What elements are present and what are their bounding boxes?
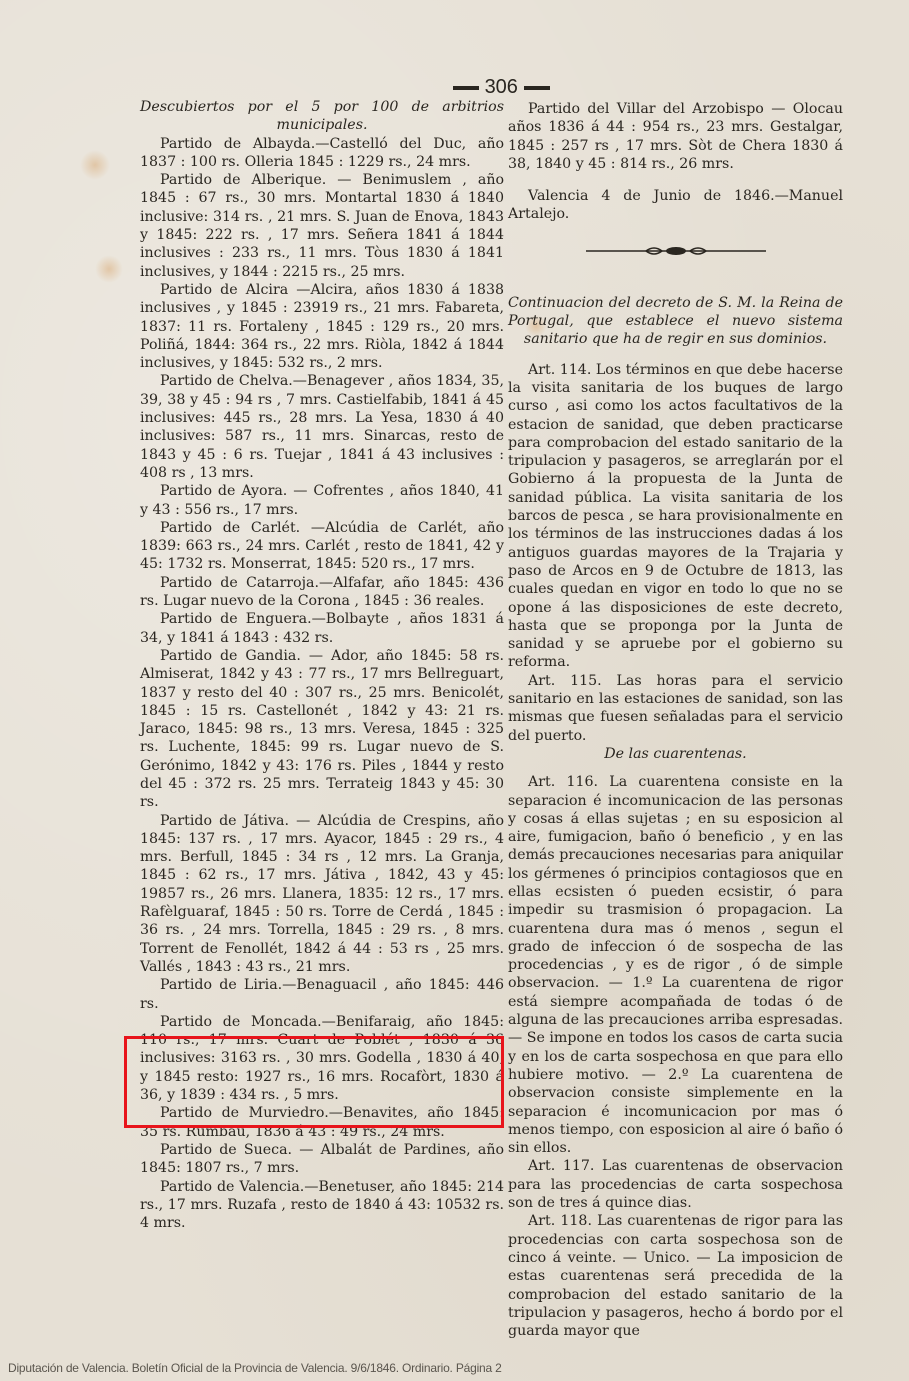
- paragraph-alcira: Partido de Alcira —Alcira, años 1830 á 1…: [140, 281, 504, 372]
- footer-caption: Diputación de Valencia. Boletín Oficial …: [8, 1361, 502, 1375]
- section-title: Descubiertos por el 5 por 100 de arbitri…: [140, 98, 504, 135]
- article-116: Art. 116. La cuarentena consiste en la s…: [508, 773, 843, 1157]
- paragraph-catarroja: Partido de Catarroja.—Alfafar, año 1845:…: [140, 574, 504, 611]
- paragraph-gandia: Partido de Gandia. — Ador, año 1845: 58 …: [140, 647, 504, 812]
- right-column: Partido del Villar del Arzobispo — Oloca…: [508, 100, 843, 1340]
- paragraph-sueca: Partido de Sueca. — Albalát de Pardines,…: [140, 1141, 504, 1178]
- paragraph-jativa: Partido de Játiva. — Alcúdia de Crespins…: [140, 812, 504, 977]
- rule-icon: [453, 86, 479, 90]
- paragraph-valencia: Partido de Valencia.—Benetuser, año 1845…: [140, 1178, 504, 1233]
- paper-stain: [95, 255, 123, 283]
- article-118: Art. 118. Las cuarentenas de rigor para …: [508, 1212, 843, 1340]
- article-115: Art. 115. Las horas para el servicio san…: [508, 672, 843, 745]
- paragraph-chelva: Partido de Chelva.—Benagever , años 1834…: [140, 372, 504, 482]
- highlight-box: [124, 1036, 504, 1128]
- paragraph-enguera: Partido de Enguera.—Bolbayte , años 1831…: [140, 610, 504, 647]
- paragraph-villar: Partido del Villar del Arzobispo — Oloca…: [508, 100, 843, 173]
- paragraph-albayda: Partido de Albayda.—Castelló del Duc, añ…: [140, 135, 504, 172]
- rule-icon: [524, 86, 550, 90]
- paragraph-alberique: Partido de Alberique. — Benimuslem , año…: [140, 171, 504, 281]
- article-117: Art. 117. Las cuarentenas de observacion…: [508, 1157, 843, 1212]
- paragraph-liria: Partido de Liria.—Benaguacil , año 1845:…: [140, 976, 504, 1013]
- paragraph-ayora: Partido de Ayora. — Cofrentes , años 184…: [140, 482, 504, 519]
- paragraph-carlet: Partido de Carlét. —Alcúdia de Carlét, a…: [140, 519, 504, 574]
- signature: Valencia 4 de Junio de 1846.—Manuel Arta…: [508, 187, 843, 224]
- article-114: Art. 114. Los términos en que debe hacer…: [508, 361, 843, 672]
- page-number: 306: [453, 76, 550, 99]
- paper-stain: [80, 150, 110, 180]
- decree-title: Continuacion del decreto de S. M. la Rei…: [508, 294, 843, 349]
- page-number-text: 306: [485, 76, 518, 98]
- subheading-cuarentenas: De las cuarentenas.: [508, 745, 843, 763]
- ornament-divider-icon: [586, 244, 766, 258]
